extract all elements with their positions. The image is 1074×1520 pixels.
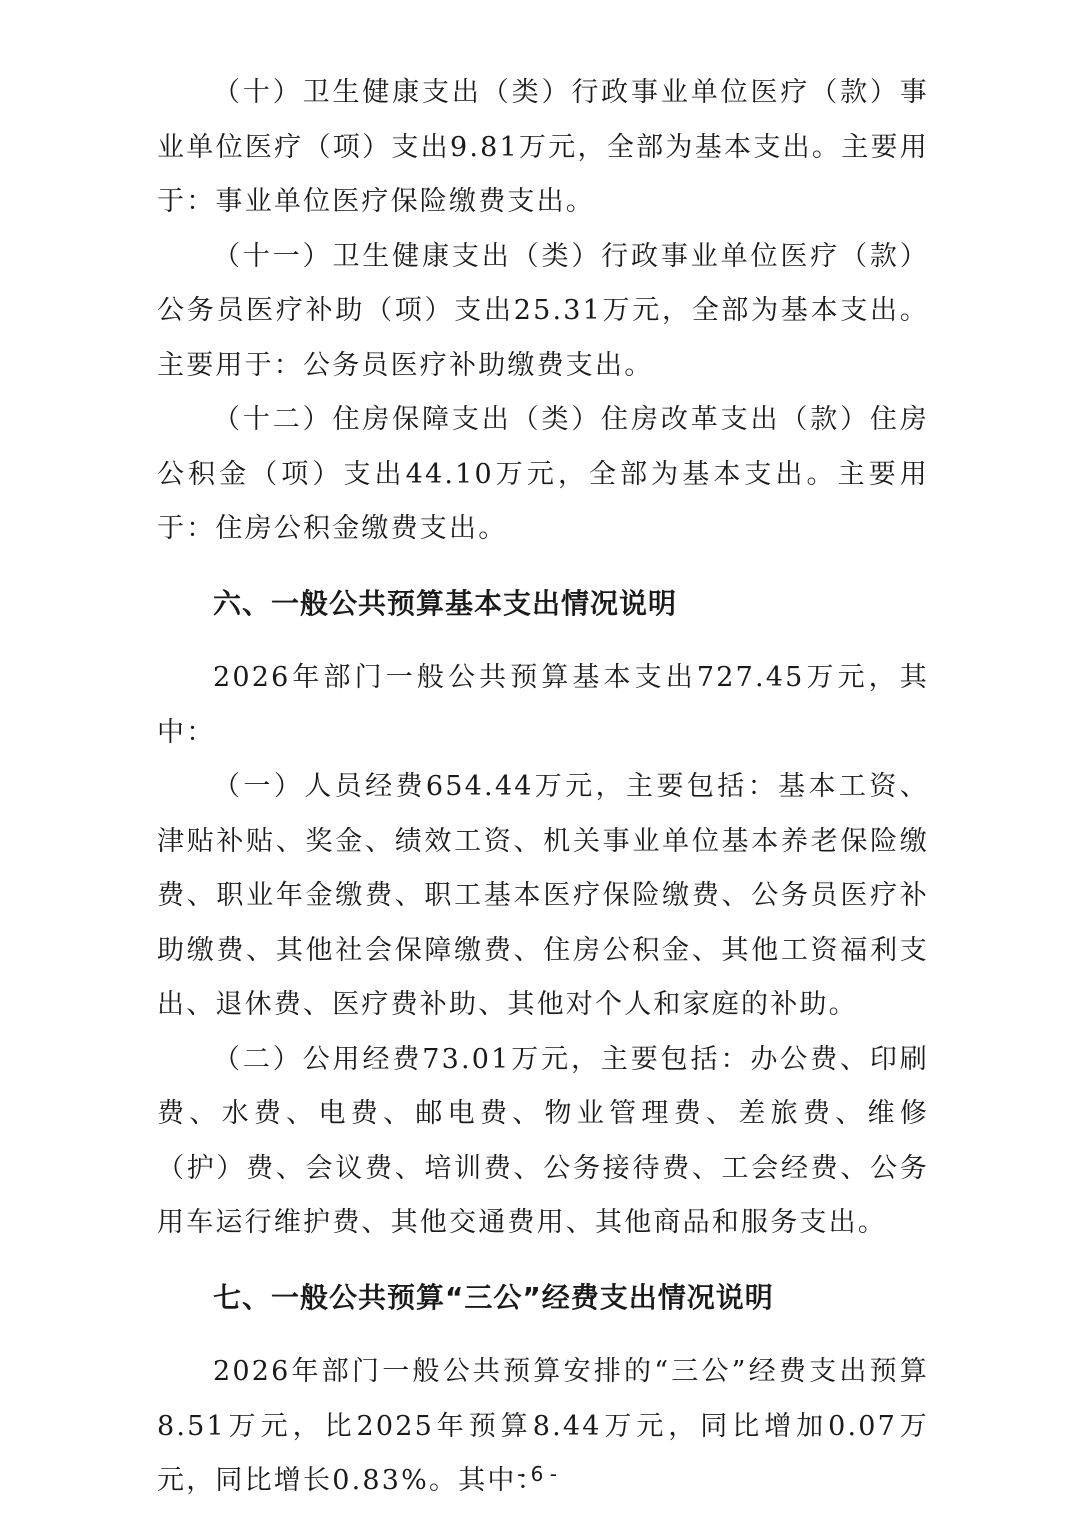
section-heading-7: 七、一般公共预算“三公”经费支出情况说明 (157, 1271, 929, 1326)
spacer (157, 1251, 929, 1271)
paragraph-item-11: （十一）卫生健康支出（类）行政事业单位医疗（款）公务员医疗补助（项）支出25.3… (157, 230, 929, 394)
document-page: （十）卫生健康支出（类）行政事业单位医疗（款）事业单位医疗（项）支出9.81万元… (0, 0, 1074, 1520)
document-body: （十）卫生健康支出（类）行政事业单位医疗（款）事业单位医疗（项）支出9.81万元… (157, 66, 929, 1509)
paragraph-personnel-expenses: （一）人员经费654.44万元，主要包括：基本工资、津贴补贴、奖金、绩效工资、机… (157, 760, 929, 1033)
spacer (157, 1325, 929, 1345)
section-heading-6: 六、一般公共预算基本支出情况说明 (157, 577, 929, 632)
paragraph-item-10: （十）卫生健康支出（类）行政事业单位医疗（款）事业单位医疗（项）支出9.81万元… (157, 66, 929, 230)
paragraph-public-expenses: （二）公用经费73.01万元，主要包括：办公费、印刷费、水费、电费、邮电费、物业… (157, 1033, 929, 1251)
spacer (157, 631, 929, 651)
page-number: - 6 - (0, 1462, 1074, 1486)
spacer (157, 557, 929, 577)
paragraph-item-12: （十二）住房保障支出（类）住房改革支出（款）住房公积金（项）支出44.10万元，… (157, 393, 929, 557)
paragraph-basic-expenditure-total: 2026年部门一般公共预算基本支出727.45万元，其中： (157, 651, 929, 760)
